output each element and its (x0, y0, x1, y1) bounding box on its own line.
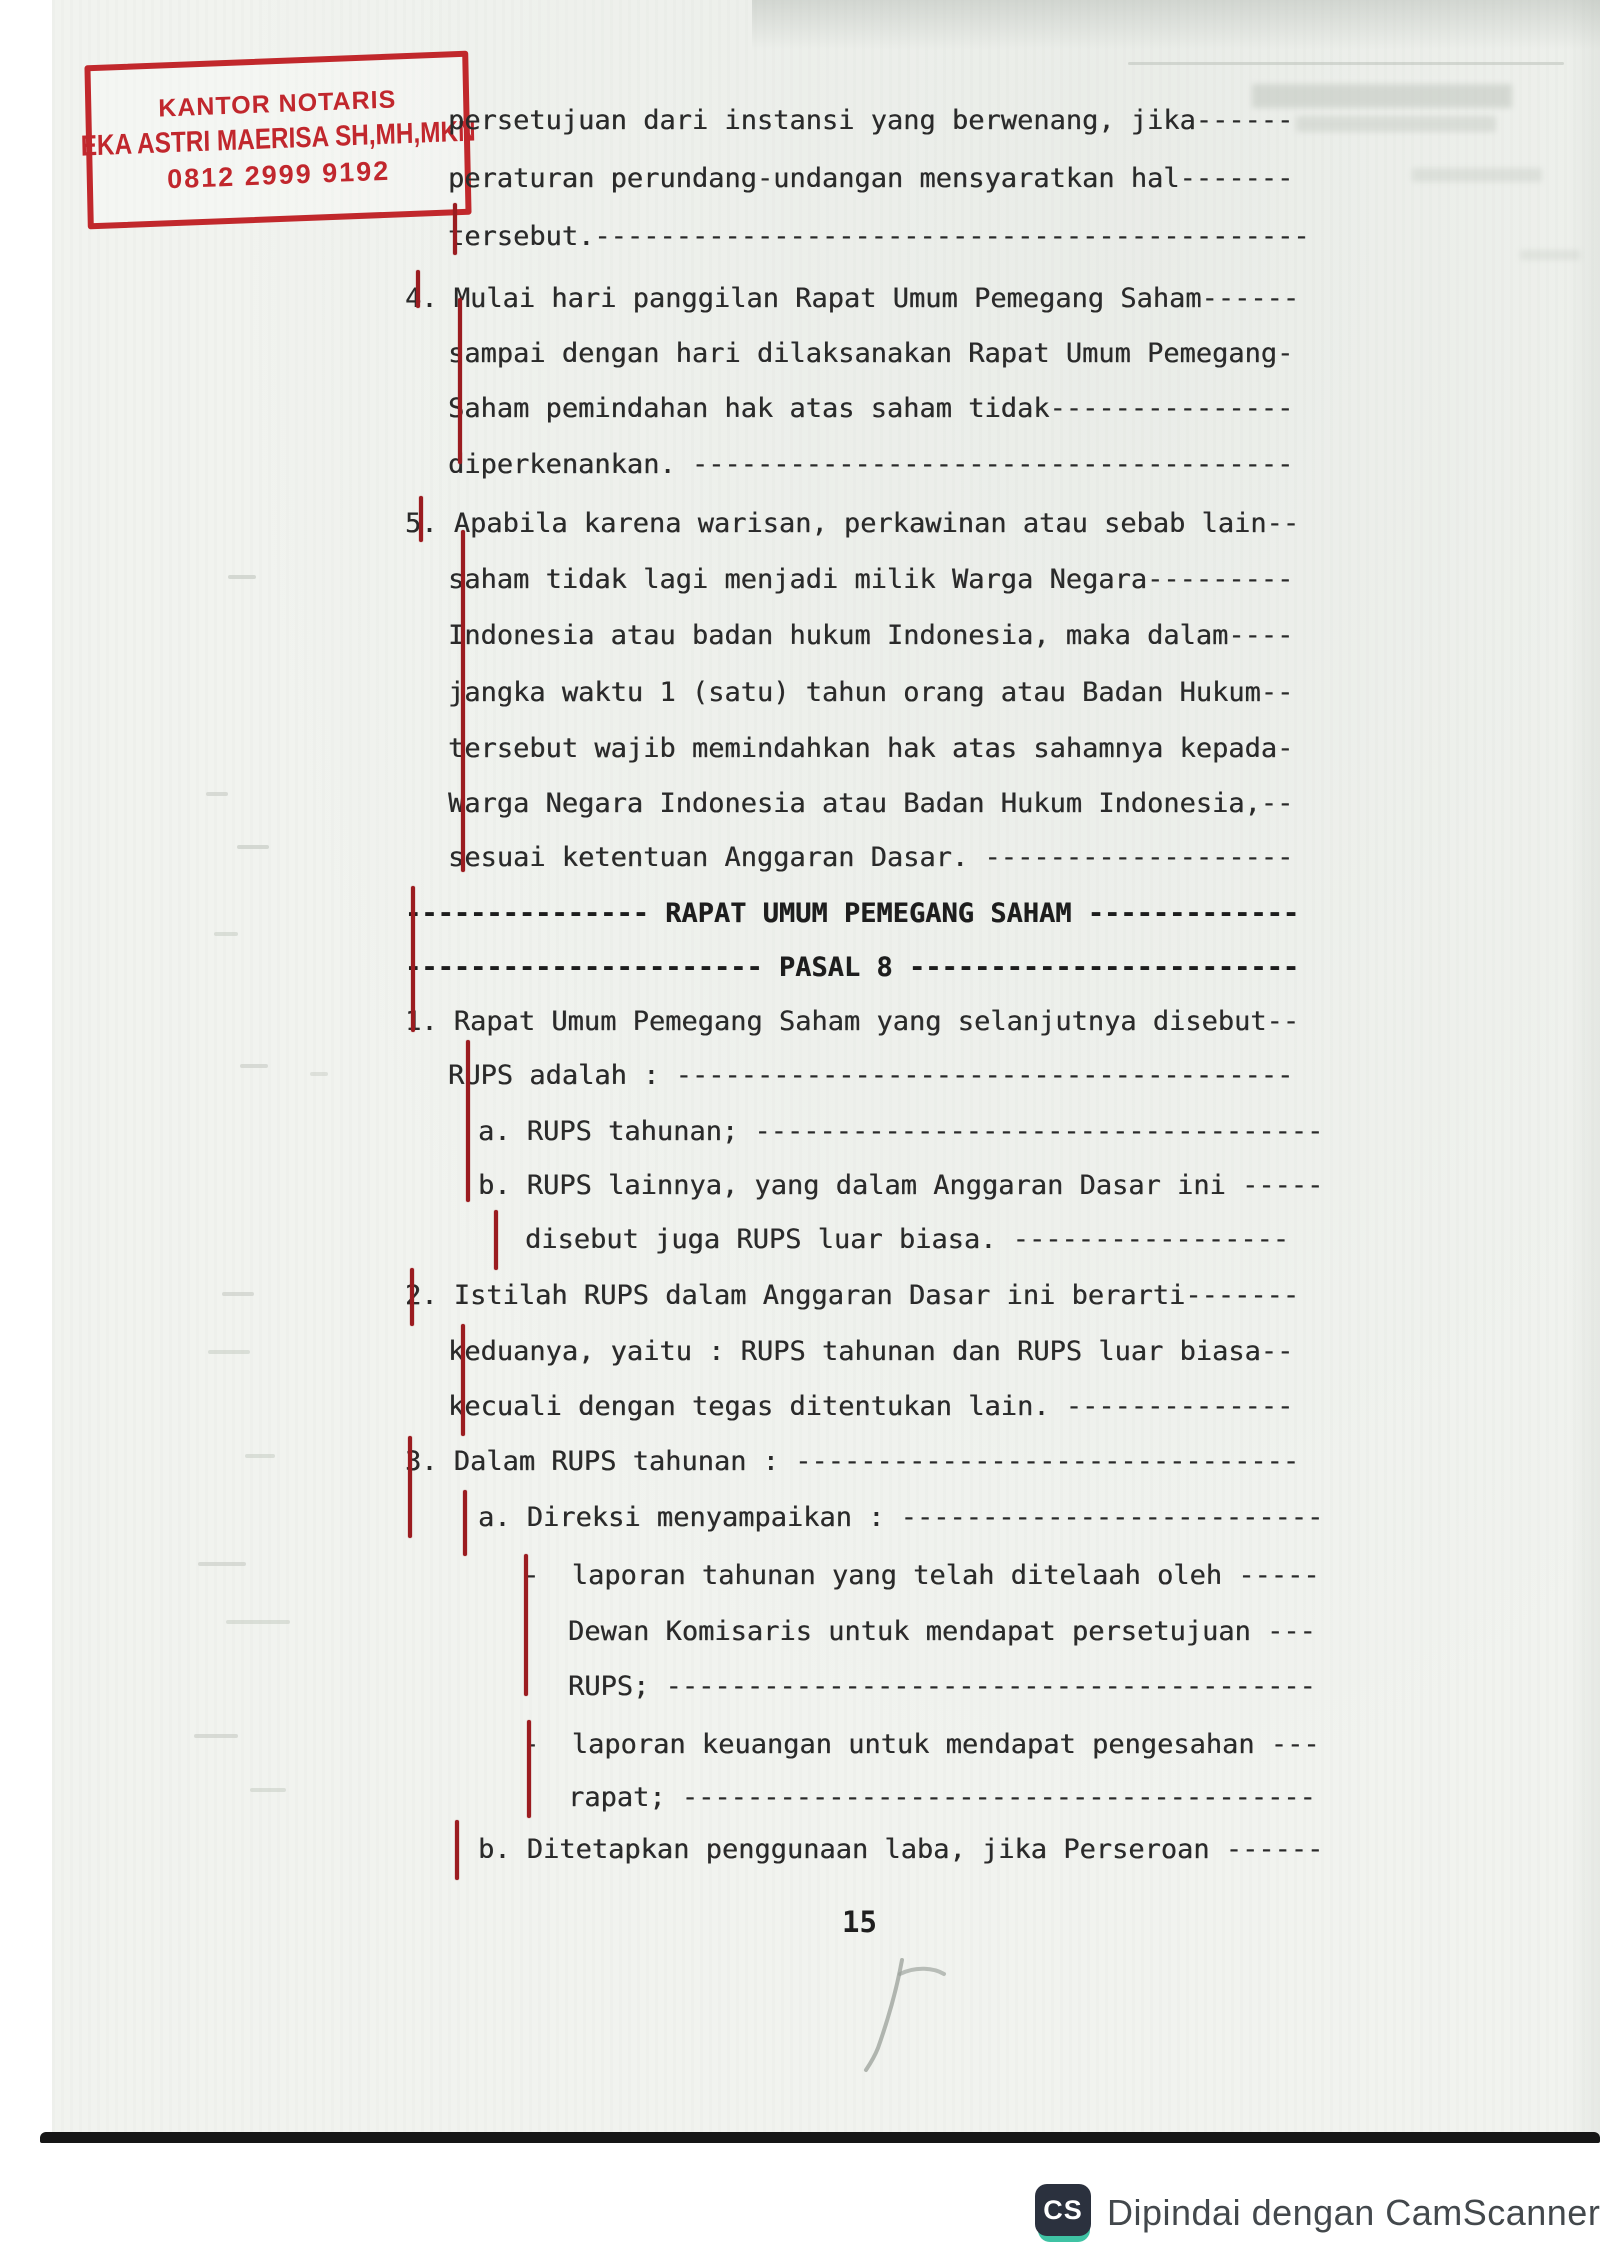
text-line: RUPS; ----------------------------------… (568, 1671, 1316, 1702)
renvooi-mark (461, 530, 465, 872)
ghost-mark (228, 575, 256, 579)
text-line: disebut juga RUPS luar biasa. ----------… (525, 1224, 1289, 1255)
camscanner-icon-cs-badge: CS (1035, 2184, 1091, 2236)
handwritten-mark (840, 1952, 1000, 2082)
renvooi-mark (416, 270, 420, 308)
stamp-phone-number: 0812 2999 9192 (167, 155, 391, 195)
text-line: - laporan keuangan untuk mendapat penges… (523, 1729, 1320, 1760)
renvooi-mark (453, 203, 457, 255)
renvooi-mark (419, 496, 423, 542)
text-line: tersebut.-------------------------------… (448, 221, 1310, 252)
text-line: RUPS adalah : --------------------------… (448, 1060, 1293, 1091)
ghost-mark (194, 1734, 238, 1738)
ghost-mark (310, 1072, 328, 1076)
text-line: Indonesia atau badan hukum Indonesia, ma… (448, 620, 1293, 651)
renvooi-mark (461, 1324, 465, 1436)
ghost-mark (237, 845, 269, 849)
page-bottom-edge (40, 2132, 1600, 2143)
text-line: ---------------------- PASAL 8 ---------… (405, 952, 1299, 983)
ghost-mark (198, 1562, 246, 1566)
text-line: 1. Rapat Umum Pemegang Saham yang selanj… (405, 1006, 1299, 1037)
text-line: 2. Istilah RUPS dalam Anggaran Dasar ini… (405, 1280, 1299, 1311)
text-line: Warga Negara Indonesia atau Badan Hukum … (448, 788, 1293, 819)
renvooi-mark (463, 1490, 467, 1556)
text-line: 5. Apabila karena warisan, perkawinan at… (405, 508, 1299, 539)
renvooi-mark (458, 298, 462, 464)
text-line: Saham pemindahan hak atas saham tidak---… (448, 393, 1293, 424)
renvooi-mark (411, 886, 415, 1032)
text-line: - laporan tahunan yang telah ditelaah ol… (523, 1560, 1320, 1591)
renvooi-mark (466, 1040, 470, 1202)
ghost-mark (1296, 116, 1496, 132)
ghost-mark (222, 1292, 254, 1296)
renvooi-mark (524, 1554, 528, 1696)
stamp-office-title: KANTOR NOTARIS (158, 85, 397, 123)
ghost-mark (1252, 84, 1512, 108)
text-line: a. Direksi menyampaikan : --------------… (478, 1502, 1323, 1533)
notary-stamp: KANTOR NOTARIS EKA ASTRI MAERISA SH,MH,M… (84, 51, 471, 230)
ghost-mark (245, 1454, 275, 1458)
ghost-mark (1412, 168, 1542, 182)
text-line: persetujuan dari instansi yang berwenang… (448, 105, 1293, 136)
text-line: Dewan Komisaris untuk mendapat persetuju… (568, 1616, 1316, 1647)
ghost-mark (226, 1620, 290, 1624)
watermark-text: Dipindai dengan CamScanner (1107, 2192, 1600, 2234)
text-line: kecuali dengan tegas ditentukan lain. --… (448, 1391, 1293, 1422)
camscanner-watermark: CS Dipindai dengan CamScanner (1035, 2184, 1595, 2244)
page-number: 15 (842, 1905, 877, 1939)
text-line: 3. Dalam RUPS tahunan : ----------------… (405, 1446, 1299, 1477)
text-line: jangka waktu 1 (satu) tahun orang atau B… (448, 677, 1293, 708)
renvooi-mark (408, 1436, 412, 1538)
text-line: diperkenankan. -------------------------… (448, 449, 1293, 480)
renvooi-mark (527, 1720, 531, 1818)
renvooi-mark (410, 1268, 414, 1326)
text-line: 4. Mulai hari panggilan Rapat Umum Pemeg… (405, 283, 1299, 314)
text-line: tersebut wajib memindahkan hak atas saha… (448, 733, 1293, 764)
text-line: sesuai ketentuan Anggaran Dasar. -------… (448, 842, 1293, 873)
scan-shading-right (1568, 0, 1600, 2138)
ghost-mark (214, 932, 238, 936)
text-line: a. RUPS tahunan; -----------------------… (478, 1116, 1323, 1147)
ghost-mark (250, 1788, 286, 1792)
scan-shading-top (752, 0, 1600, 50)
text-line: --------------- RAPAT UMUM PEMEGANG SAHA… (405, 898, 1299, 929)
ghost-mark (240, 1064, 268, 1068)
text-line: keduanya, yaitu : RUPS tahunan dan RUPS … (448, 1336, 1293, 1367)
ghost-mark (208, 1350, 250, 1354)
renvooi-mark (494, 1210, 498, 1270)
text-line: rapat; ---------------------------------… (568, 1782, 1316, 1813)
text-line: saham tidak lagi menjadi milik Warga Neg… (448, 564, 1293, 595)
text-line: b. RUPS lainnya, yang dalam Anggaran Das… (478, 1170, 1323, 1201)
text-line: sampai dengan hari dilaksanakan Rapat Um… (448, 338, 1293, 369)
text-line: b. Ditetapkan penggunaan laba, jika Pers… (478, 1834, 1323, 1865)
ghost-mark (206, 792, 228, 796)
ghost-mark (1520, 250, 1580, 260)
text-line: peraturan perundang-undangan mensyaratka… (448, 163, 1293, 194)
renvooi-mark (455, 1820, 459, 1880)
stamp-notary-name: EKA ASTRI MAERISA SH,MH,MKN (80, 115, 476, 163)
camscanner-icon: CS (1035, 2184, 1093, 2242)
ghost-mark (1128, 62, 1564, 65)
